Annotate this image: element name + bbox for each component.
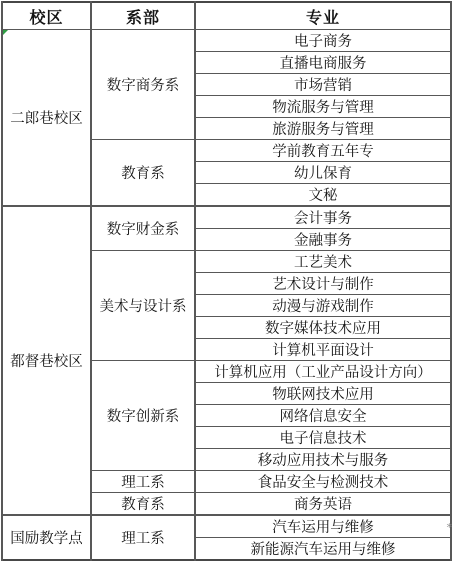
major-cell: 旅游服务与管理 [195,118,451,140]
excel-error-triangle-icon [3,30,8,35]
major-cell: 会计事务 [195,206,451,229]
major-cell: 物联网技术应用 [195,383,451,405]
department-cell: 数字商务系 [91,30,195,140]
campus-name: 二郎巷校区 [10,111,83,127]
major-cell: 市场营销 [195,74,451,96]
department-cell: 理工系 [91,515,195,560]
table-row: 都督巷校区 数字财金系 会计事务 [2,206,451,229]
major-cell: 艺术设计与制作 [195,273,451,295]
department-cell: 教育系 [91,140,195,207]
major-cell: 物流服务与管理 [195,96,451,118]
campus-cell: 都督巷校区 [2,206,91,515]
corner-asterisk-mark: * [447,521,452,534]
major-cell: 移动应用技术与服务 [195,449,451,471]
major-cell: 电子信息技术 [195,427,451,449]
major-cell: 直播电商服务 [195,52,451,74]
table-row: 国励教学点 理工系 汽车运用与维修 [2,515,451,538]
campus-major-table-sheet: 校区 系部 专业 二郎巷校区 数字商务系 电子商务 直播电商服务 市场营销 物 [0,0,452,541]
column-header-department: 系部 [91,2,195,30]
column-header-major: 专业 [195,2,451,30]
major-cell: 金融事务 [195,229,451,251]
department-cell: 教育系 [91,493,195,516]
campus-cell: 二郎巷校区 [2,30,91,207]
major-cell: 新能源汽车运用与维修 [195,538,451,561]
major-cell: 计算机平面设计 [195,339,451,361]
campus-department-major-table: 校区 系部 专业 二郎巷校区 数字商务系 电子商务 直播电商服务 市场营销 物 [1,1,452,561]
major-cell: 汽车运用与维修 [195,515,451,538]
department-cell: 理工系 [91,471,195,493]
major-cell: 动漫与游戏制作 [195,295,451,317]
major-cell: 商务英语 [195,493,451,516]
major-cell: 工艺美术 [195,251,451,273]
major-cell: 学前教育五年专 [195,140,451,162]
department-cell: 数字创新系 [91,361,195,471]
major-cell: 网络信息安全 [195,405,451,427]
department-cell: 美术与设计系 [91,251,195,361]
column-header-campus: 校区 [2,2,91,30]
major-cell: 文秘 [195,184,451,207]
major-cell: 幼儿保育 [195,162,451,184]
header-row: 校区 系部 专业 [2,2,451,30]
major-cell: 电子商务 [195,30,451,52]
major-cell: 计算机应用（工业产品设计方向） [195,361,451,383]
major-cell: 食品安全与检测技术 [195,471,451,493]
department-cell: 数字财金系 [91,206,195,251]
campus-cell: 国励教学点 [2,515,91,560]
table-row: 二郎巷校区 数字商务系 电子商务 [2,30,451,52]
major-cell: 数字媒体技术应用 [195,317,451,339]
